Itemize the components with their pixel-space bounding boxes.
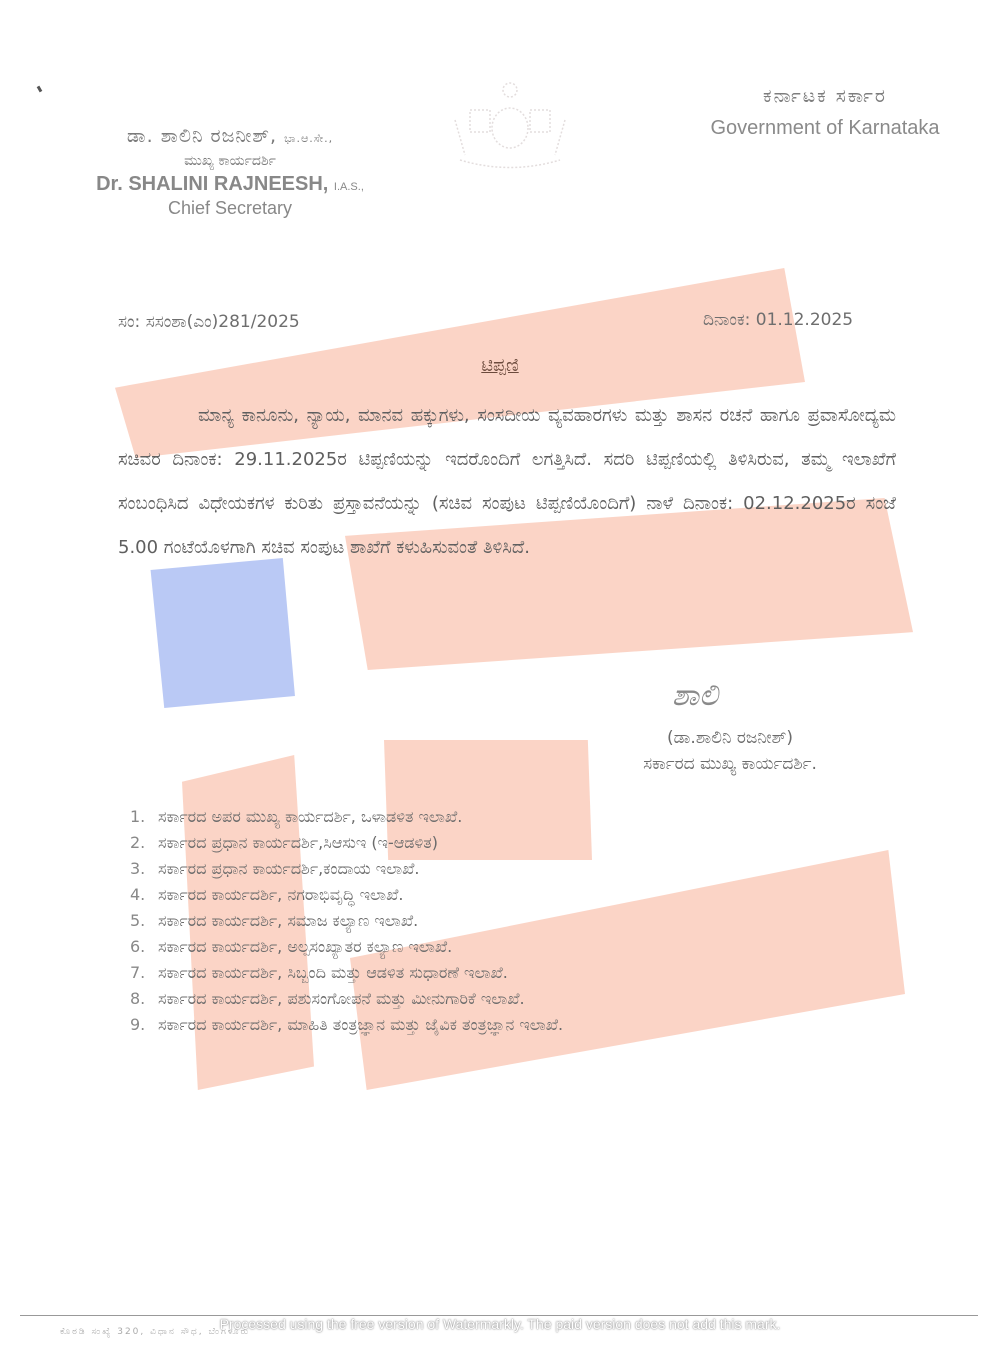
- list-item: 7.ಸರ್ಕಾರದ ಕಾರ್ಯದರ್ಶಿ, ಸಿಬ್ಬಂದಿ ಮತ್ತು ಆಡಳ…: [130, 960, 563, 986]
- letterhead-government: ಕರ್ನಾಟಕ ಸರ್ಕಾರ Government of Karnataka: [680, 85, 970, 140]
- sender-name-kannada: ಡಾ. ಶಾಲಿನಿ ರಜನೀಶ್, ಭಾ.ಆ.ಸೇ.,: [50, 125, 410, 147]
- overlay-shape: [146, 558, 298, 708]
- body-text: ಮಾನ್ಯ ಕಾನೂನು, ನ್ಯಾಯ, ಮಾನವ ಹಕ್ಕುಗಳು, ಸಂಸದ…: [118, 405, 896, 558]
- document-date: ದಿನಾಂಕ: 01.12.2025: [703, 310, 853, 330]
- letterhead-sender: ಡಾ. ಶಾಲಿನಿ ರಜನೀಶ್, ಭಾ.ಆ.ಸೇ., ಮುಖ್ಯ ಕಾರ್ಯ…: [50, 125, 410, 219]
- government-name-english: Government of Karnataka: [680, 117, 970, 140]
- recipients-list: 1.ಸರ್ಕಾರದ ಅಪರ ಮುಖ್ಯ ಕಾರ್ಯದರ್ಶಿ, ಒಳಾಡಳಿತ …: [130, 804, 563, 1038]
- list-item: 3.ಸರ್ಕಾರದ ಪ್ರಧಾನ ಕಾರ್ಯದರ್ಶಿ,ಕಂದಾಯ ಇಲಾಖೆ.: [130, 856, 563, 882]
- list-item: 6.ಸರ್ಕಾರದ ಕಾರ್ಯದರ್ಶಿ, ಅಲ್ಪಸಂಖ್ಯಾತರ ಕಲ್ಯಾ…: [130, 934, 563, 960]
- list-item: 5.ಸರ್ಕಾರದ ಕಾರ್ಯದರ್ಶಿ, ಸಮಾಜ ಕಲ್ಯಾಣ ಇಲಾಖೆ.: [130, 908, 563, 934]
- list-item: 4.ಸರ್ಕಾರದ ಕಾರ್ಯದರ್ಶಿ, ನಗರಾಭಿವೃದ್ಧಿ ಇಲಾಖೆ…: [130, 882, 563, 908]
- signature-mark: ಶಾಲಿ: [672, 678, 718, 713]
- document-subject: ಟಿಪ್ಪಣಿ: [0, 355, 1000, 376]
- sender-title-english: Chief Secretary: [50, 198, 410, 219]
- reference-number: ಸಂ: ಸಸಂಶಾ(ಎಂ)281/2025: [118, 312, 300, 332]
- sender-name-english: Dr. SHALINI RAJNEESH, I.A.S.,: [50, 173, 410, 196]
- list-item: 9.ಸರ್ಕಾರದ ಕಾರ್ಯದರ್ಶಿ, ಮಾಹಿತಿ ತಂತ್ರಜ್ಞಾನ …: [130, 1012, 563, 1038]
- body-paragraph: ಮಾನ್ಯ ಕಾನೂನು, ನ್ಯಾಯ, ಮಾನವ ಹಕ್ಕುಗಳು, ಸಂಸದ…: [118, 394, 896, 570]
- sender-title-kannada: ಮುಖ್ಯ ಕಾರ್ಯದರ್ಶಿ: [50, 153, 410, 169]
- list-item: 1.ಸರ್ಕಾರದ ಅಪರ ಮುಖ್ಯ ಕಾರ್ಯದರ್ಶಿ, ಒಳಾಡಳಿತ …: [130, 804, 563, 830]
- list-item: 2.ಸರ್ಕಾರದ ಪ್ರಧಾನ ಕಾರ್ಯದರ್ಶಿ,ಸಿಆಸುಇ (ಇ-ಆಡ…: [130, 830, 563, 856]
- state-emblem-icon: [445, 80, 575, 180]
- signer-name: (ಡಾ.ಶಾಲಿನಿ ರಜನೀಶ್): [580, 725, 880, 751]
- signer-designation: ಸರ್ಕಾರದ ಮುಖ್ಯ ಕಾರ್ಯದರ್ಶಿ.: [580, 751, 880, 777]
- government-name-kannada: ಕರ್ನಾಟಕ ಸರ್ಕಾರ: [680, 85, 970, 107]
- watermark-text: Processed using the free version of Wate…: [0, 1316, 1000, 1332]
- list-item: 8.ಸರ್ಕಾರದ ಕಾರ್ಯದರ್ಶಿ, ಪಶುಸಂಗೋಪನೆ ಮತ್ತು ಮ…: [130, 986, 563, 1012]
- scan-speck: [37, 86, 43, 93]
- signer-block: (ಡಾ.ಶಾಲಿನಿ ರಜನೀಶ್) ಸರ್ಕಾರದ ಮುಖ್ಯ ಕಾರ್ಯದರ…: [580, 725, 880, 777]
